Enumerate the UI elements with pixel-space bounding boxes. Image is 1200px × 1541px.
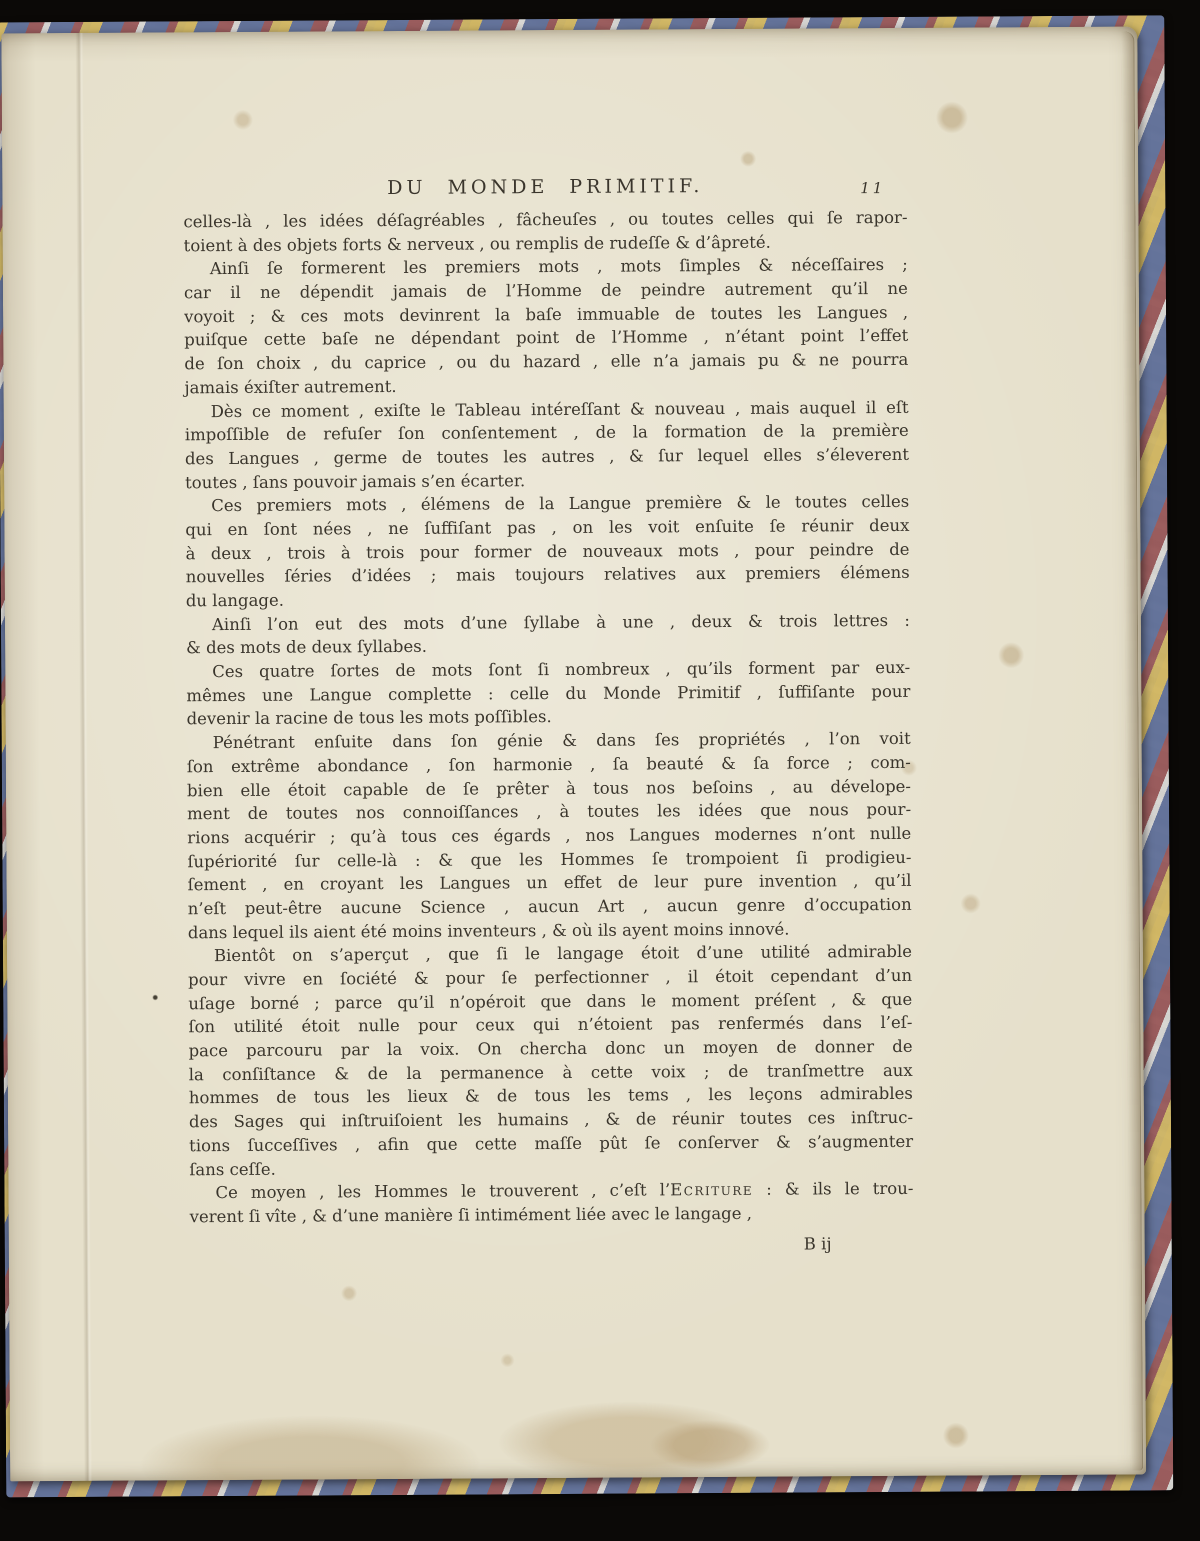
page-header: DU MONDE PRIMITIF. 11 xyxy=(183,174,907,206)
book-photograph: DU MONDE PRIMITIF. 11 celles-là , les id… xyxy=(0,0,1200,1541)
page-number: 11 xyxy=(860,179,885,197)
text-line: tions ſucceſſives , afin que cette maſſe… xyxy=(189,1130,913,1158)
text-line: de ſon choix , du caprice , ou du hazard… xyxy=(184,348,908,376)
text-line: celles-là , les idées déſagréables , fâc… xyxy=(183,206,907,234)
body-text: celles-là , les idées déſagréables , fâc… xyxy=(183,206,913,1229)
text-line: Ainſi l’on eut des mots d’une ſyllabe à … xyxy=(186,609,910,637)
book-page: DU MONDE PRIMITIF. 11 celles-là , les id… xyxy=(1,26,1146,1481)
signature-mark: B ij xyxy=(190,1233,914,1256)
text-block: DU MONDE PRIMITIF. 11 celles-là , les id… xyxy=(183,174,914,1257)
text-line: des Langues , germe de toutes les autres… xyxy=(185,443,909,471)
text-line: nouvelles ſéries d’idées ; mais toujours… xyxy=(186,561,910,589)
book-leaf: DU MONDE PRIMITIF. 11 celles-là , les id… xyxy=(1,26,1146,1481)
text-line: mêmes une Langue complette : celle du Mo… xyxy=(186,680,910,708)
text-line: n’eſt peut-être aucune Science , aucun A… xyxy=(188,893,912,921)
text-line: verent ſi vîte , & d’une manière ſi inti… xyxy=(190,1201,914,1229)
running-title: DU MONDE PRIMITIF. xyxy=(183,174,907,200)
text-line: Ce moyen , les Hommes le trouverent , c’… xyxy=(189,1177,913,1205)
